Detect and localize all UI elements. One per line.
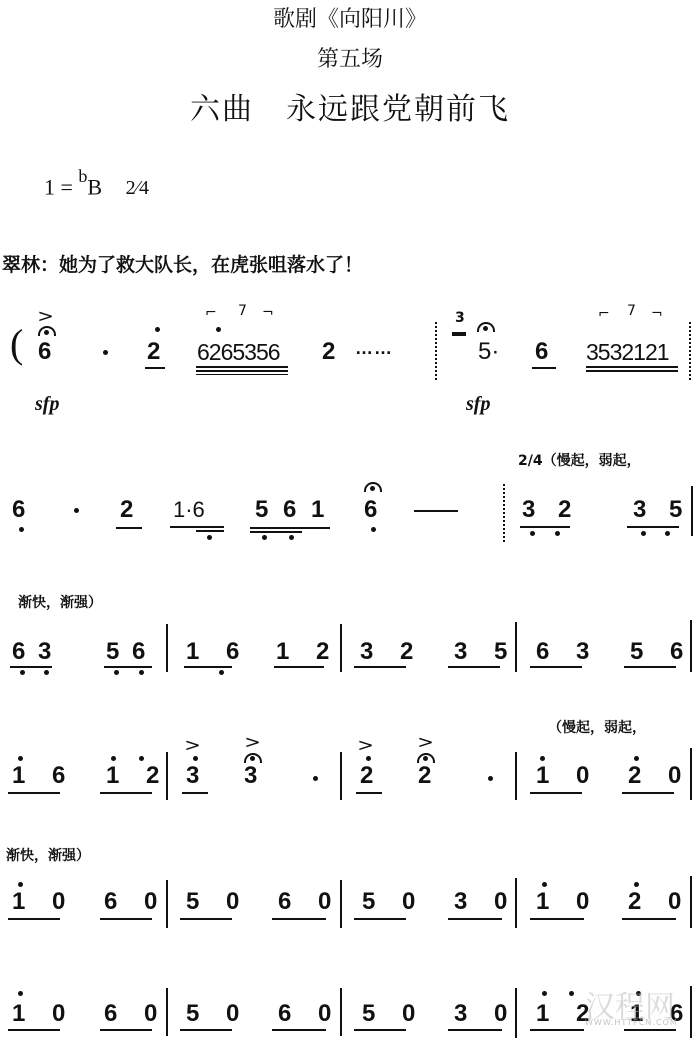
prolongation-dots: …… <box>355 336 393 360</box>
augmentation-dot <box>488 776 493 781</box>
song-title: 六曲 永远跟党朝前飞 <box>0 84 700 128</box>
underline <box>520 526 570 528</box>
tuplet-bracket: ⌐ <box>598 306 610 322</box>
octave-dot-low <box>139 670 144 675</box>
barline <box>166 880 168 928</box>
augmentation-dot <box>74 508 79 513</box>
note-group: 1·6 <box>173 498 205 522</box>
note-group: 5 0 <box>186 890 249 914</box>
note-group: 3 0 <box>454 890 517 914</box>
underline <box>448 918 502 920</box>
note-group: 5 0 <box>362 1002 425 1026</box>
octave-dot <box>634 882 639 887</box>
underline <box>624 666 676 668</box>
note-group: 6 0 <box>104 1002 167 1026</box>
barline <box>340 880 342 928</box>
tuplet-label: 7 <box>238 303 247 319</box>
octave-dot <box>18 756 23 761</box>
underline <box>184 666 232 668</box>
underline <box>100 792 152 794</box>
octave-dot-low <box>207 535 212 540</box>
tempo-marking: （慢起，弱起， <box>548 717 646 737</box>
underline <box>354 1029 406 1031</box>
opera-title: 歌剧《向阳川》 <box>0 2 700 33</box>
note-group: 6 3 <box>12 640 54 664</box>
note-group: 1 0 <box>536 890 599 914</box>
underline <box>250 527 330 529</box>
octave-dot <box>569 991 574 996</box>
octave-dot <box>366 756 371 761</box>
underline <box>196 366 288 368</box>
tuplet-label: 7 <box>627 303 636 319</box>
note-group: 5 6 <box>630 640 693 664</box>
underline <box>8 918 60 920</box>
octave-dot <box>139 756 144 761</box>
tempo-marking: 渐快，渐强） <box>18 592 102 612</box>
note-group: 1 0 <box>12 1002 75 1026</box>
underline <box>354 666 406 668</box>
note-group: 1 2 <box>106 764 169 788</box>
underline <box>586 370 678 372</box>
octave-dot <box>483 326 488 331</box>
grace-note: 3 <box>455 310 465 326</box>
extension-dash <box>414 510 458 512</box>
underline <box>448 1029 502 1031</box>
barline <box>515 752 517 800</box>
note: 6 <box>38 340 51 364</box>
accent-icon: > <box>357 735 374 756</box>
underline <box>274 666 324 668</box>
barline <box>340 624 342 672</box>
octave-dot <box>542 991 547 996</box>
note-group: 5 6 1 <box>255 498 328 522</box>
augmentation-dot <box>313 776 318 781</box>
note-group: 1 0 <box>536 764 599 788</box>
underline <box>622 792 674 794</box>
note-group: 6 0 <box>278 890 341 914</box>
octave-dot-low <box>555 531 560 536</box>
octave-dot-low <box>530 531 535 536</box>
underline <box>530 1029 584 1031</box>
note: 2 <box>360 764 373 788</box>
scene-label: 第五场 <box>0 42 700 73</box>
tuplet-bracket: ¬ <box>651 306 663 322</box>
barline <box>690 748 692 800</box>
open-paren: ( <box>10 320 23 367</box>
dotted-barline <box>689 322 691 380</box>
underline <box>356 792 382 794</box>
underline <box>586 366 678 368</box>
note: 5· <box>478 340 499 364</box>
barline <box>340 752 342 800</box>
underline <box>116 527 142 529</box>
octave-dot <box>542 882 547 887</box>
note-group: 3 2 <box>360 640 423 664</box>
underline <box>624 1029 676 1031</box>
barline <box>166 988 168 1036</box>
note-group: 1 0 <box>12 890 75 914</box>
note: 6 <box>364 498 377 522</box>
note-group: 3 5 <box>633 498 690 522</box>
octave-dot <box>18 991 23 996</box>
underline <box>530 792 582 794</box>
octave-dot-low <box>114 670 119 675</box>
key-signature: 1 = bB 2⁄4 <box>44 170 149 200</box>
barline <box>166 752 168 800</box>
note-group: 6 0 <box>104 890 167 914</box>
accent-icon: > <box>184 735 201 756</box>
note-group: 2 0 <box>628 764 691 788</box>
barline <box>340 988 342 1036</box>
key-label: 1 = <box>44 174 73 199</box>
barline <box>690 986 692 1038</box>
underline <box>196 374 288 375</box>
octave-dot <box>250 756 255 761</box>
barline <box>515 622 517 672</box>
octave-dot <box>44 330 49 335</box>
underline <box>10 666 52 668</box>
octave-dot <box>18 882 23 887</box>
underline <box>622 918 676 920</box>
barline <box>690 876 692 928</box>
note-group: 6265356 <box>197 340 280 364</box>
octave-dot-low <box>641 531 646 536</box>
barline <box>691 486 693 536</box>
octave-dot-low <box>19 527 24 532</box>
tuplet-bracket: ¬ <box>262 305 274 321</box>
underline <box>196 370 288 372</box>
octave-dot-low <box>665 531 670 536</box>
underline <box>104 666 152 668</box>
note-group: 3 0 <box>454 1002 517 1026</box>
key-note: B <box>87 174 102 199</box>
note: 2 <box>418 764 431 788</box>
octave-dot-low <box>20 670 25 675</box>
octave-dot <box>634 756 639 761</box>
note: 2 <box>147 340 160 364</box>
octave-dot <box>423 756 428 761</box>
accent-icon: > <box>417 732 434 753</box>
tempo-marking: 2/4（慢起，弱起， <box>518 450 641 470</box>
accent-icon: > <box>37 306 54 327</box>
note: 3 <box>244 764 257 788</box>
watermark-url: WWW.HTTPCN.COM <box>585 1018 678 1027</box>
barline <box>515 988 517 1038</box>
octave-dot-low <box>219 670 224 675</box>
underline <box>250 531 302 533</box>
note-group: 1 2 <box>276 640 339 664</box>
augmentation-dot <box>103 350 108 355</box>
accent-icon: > <box>244 732 261 753</box>
note-group: 5 0 <box>362 890 425 914</box>
underline <box>448 666 500 668</box>
underline <box>196 530 224 532</box>
barline <box>515 878 517 928</box>
underline <box>180 918 232 920</box>
underline <box>180 1029 232 1031</box>
octave-dot <box>193 756 198 761</box>
note-group: 5 0 <box>186 1002 249 1026</box>
underline <box>170 526 224 528</box>
octave-dot-low <box>44 670 49 675</box>
octave-dot <box>111 756 116 761</box>
note-group: 3 2 <box>522 498 579 522</box>
underline <box>100 918 152 920</box>
time-signature: 2⁄4 <box>126 177 149 200</box>
octave-dot <box>540 756 545 761</box>
underline <box>530 666 582 668</box>
octave-dot <box>370 486 375 491</box>
note: 2 <box>322 340 335 364</box>
underline <box>100 1029 152 1031</box>
note: 6 <box>535 340 548 364</box>
note-group: 6 3 <box>536 640 599 664</box>
underline <box>354 918 406 920</box>
underline <box>182 792 208 794</box>
underline <box>530 918 584 920</box>
note-group: 5 6 <box>106 640 148 664</box>
underline <box>145 367 165 369</box>
tuplet-bracket: ⌐ <box>205 305 217 321</box>
octave-dot <box>155 327 160 332</box>
underline <box>8 792 60 794</box>
dialogue-line: 翠林：她为了救大队长，在虎张咀落水了！ <box>2 250 363 277</box>
barline <box>690 620 692 672</box>
note-group: 2 0 <box>628 890 691 914</box>
underline <box>8 1029 60 1031</box>
flat-sign: b <box>78 166 87 186</box>
octave-dot <box>216 327 221 332</box>
octave-dot-low <box>289 535 294 540</box>
note-group: 1 6 <box>186 640 249 664</box>
note: 6 <box>12 498 25 522</box>
dotted-barline <box>503 484 505 542</box>
dynamic-sfp: sfp <box>466 393 490 416</box>
octave-dot-low <box>262 535 267 540</box>
dynamic-sfp: sfp <box>35 393 59 416</box>
octave-dot-low <box>371 527 376 532</box>
note-group: 3 5 <box>454 640 517 664</box>
tempo-marking: 渐快，渐强） <box>6 845 90 865</box>
note-group: 6 0 <box>278 1002 341 1026</box>
grace-slur <box>452 332 466 336</box>
underline <box>272 1029 326 1031</box>
underline <box>627 526 679 528</box>
underline <box>532 367 556 369</box>
dotted-barline <box>435 322 437 380</box>
note: 3 <box>186 764 199 788</box>
barline <box>166 624 168 672</box>
note: 2 <box>120 498 133 522</box>
note-group: 3532121 <box>586 340 669 364</box>
underline <box>272 918 326 920</box>
note-group: 1 6 <box>12 764 75 788</box>
